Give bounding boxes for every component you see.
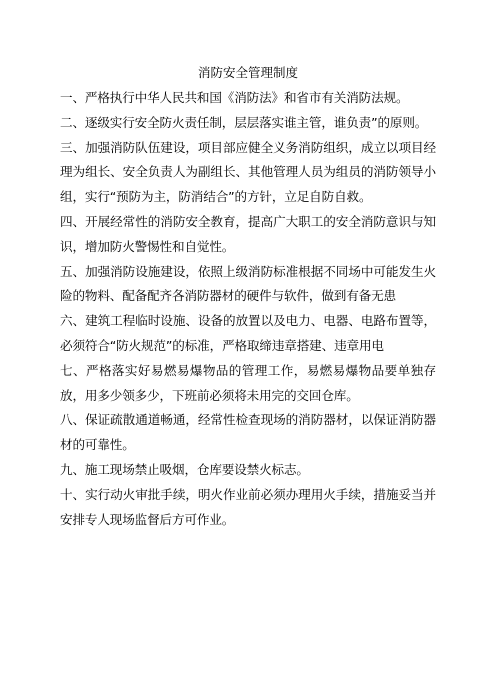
paragraph-10: 十、实行动火审批手续，明火作业前必须办理用火手续，措施妥当并安排专人现场监督后方… [60, 483, 436, 533]
paragraph-5: 五、加强消防设施建设，依照上级消防标准根据不同场中可能发生火险的物料、配备配齐各… [60, 260, 436, 310]
paragraph-7: 七、严格落实好易燃易爆物品的管理工作，易燃易爆物品要单独存放，用多少领多少，下班… [60, 359, 436, 409]
paragraph-3: 三、加强消防队伍建设，项目部应健全义务消防组织，成立以项目经理为组长、安全负责人… [60, 136, 436, 210]
paragraph-1: 一、严格执行中华人民共和国《消防法》和省市有关消防法规。 [60, 86, 436, 111]
paragraph-6: 六、建筑工程临时设施、设备的放置以及电力、电器、电路布置等，必须符合“防火规范”… [60, 309, 436, 359]
paragraph-2: 二、逐级实行安全防火责任制，层层落实谁主管，谁负责”的原则。 [60, 111, 436, 136]
document-page: 消防安全管理制度 一、严格执行中华人民共和国《消防法》和省市有关消防法规。 二、… [60, 62, 436, 532]
paragraph-9: 九、施工现场禁止吸烟，仓库要设禁火标志。 [60, 458, 436, 483]
document-title: 消防安全管理制度 [60, 62, 436, 84]
paragraph-4: 四、开展经常性的消防安全教育，提高广大职工的安全消防意识与知识，增加防火警惕性和… [60, 210, 436, 260]
paragraph-8: 八、保证疏散通道畅通，经常性检查现场的消防器材，以保证消防器材的可靠性。 [60, 408, 436, 458]
